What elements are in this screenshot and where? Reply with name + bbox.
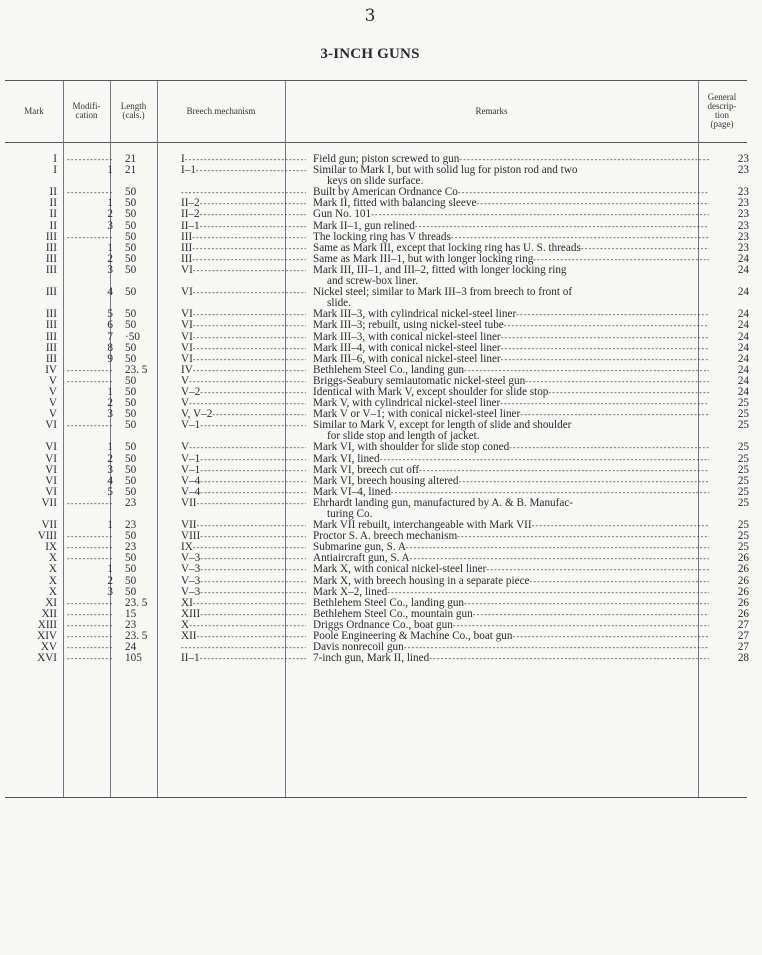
modification-empty (67, 642, 113, 653)
breech-cell (167, 187, 306, 198)
remarks-value-text: Mark II, fitted with balancing sleeve (313, 198, 476, 209)
breech-cell: II–2 (167, 198, 306, 209)
mark-cell: I (0, 154, 61, 165)
remarks-value: Ehrhardt landing gun, manufactured by A.… (313, 498, 709, 520)
breech-cell: V, V–2 (167, 409, 306, 420)
breech-value: II–1 (181, 221, 306, 232)
breech-value-text: II–1 (181, 221, 200, 232)
table-row: VII123VIIMark VII rebuilt, interchangeab… (0, 520, 762, 531)
breech-value (181, 187, 306, 198)
remarks-cell: Mark V, with cylindrical nickel-steel li… (306, 398, 709, 409)
table-row: III950VIMark III–6, with conical nickel-… (0, 354, 762, 365)
breech-value-text: III (181, 243, 192, 254)
breech-value-text: II–1 (181, 653, 200, 664)
table-row: II50Built by American Ordnance Co23 (0, 187, 762, 198)
remarks-cell: Mark II, fitted with balancing sleeve (306, 198, 709, 209)
mark-cell: VII (0, 498, 61, 520)
breech-value: V–4 (181, 487, 306, 498)
dot-leader (512, 631, 709, 642)
remarks-value-text: Mark VI, breech cut off (313, 465, 419, 476)
table-row: X150V–3Mark X, with conical nickel-steel… (0, 564, 762, 575)
dot-leader (67, 653, 113, 664)
remarks-cell: Bethlehem Steel Co., mountain gun (306, 609, 709, 620)
dot-leader (193, 598, 306, 609)
remarks-value-text: Mark VII rebuilt, interchangeable with M… (313, 520, 532, 531)
breech-value-text: II–2 (181, 209, 200, 220)
dot-leader (581, 243, 709, 254)
modification-cell: 2 (67, 576, 119, 587)
length-cell: ·50 (119, 332, 167, 343)
remarks-value: Mark III–3; rebuilt, using nickel-steel … (313, 320, 709, 331)
dot-leader (415, 221, 709, 232)
remarks-cell: Mark X–2, lined (306, 587, 709, 598)
table-row: III550VIMark III–3, with cylindrical nic… (0, 309, 762, 320)
table-row: VI50V–1Similar to Mark V, except for len… (0, 420, 762, 442)
breech-value-text: VI (181, 320, 193, 331)
dot-leader (67, 154, 113, 165)
remarks-value-text: Mark V, with cylindrical nickel-steel li… (313, 398, 500, 409)
breech-value-text: V–1 (181, 420, 200, 431)
page-cell: 24 (709, 320, 749, 331)
length-cell: 50 (119, 442, 167, 453)
dot-leader (200, 387, 306, 398)
modification-cell: 4 (67, 287, 119, 309)
dot-leader (200, 476, 306, 487)
dot-leader (200, 653, 306, 664)
breech-value-text: V–3 (181, 564, 200, 575)
header-length: Length (cals.) (110, 80, 157, 142)
modification-cell (67, 598, 119, 609)
page-cell: 28 (709, 653, 749, 664)
breech-value-text: V–4 (181, 476, 200, 487)
table-row: XII15XIIIBethlehem Steel Co., mountain g… (0, 609, 762, 620)
dot-leader (406, 542, 709, 553)
remarks-value-text: Bethlehem Steel Co., landing gun (313, 365, 464, 376)
page-title: 3-INCH GUNS (0, 46, 740, 63)
breech-value: V (181, 398, 306, 409)
dot-leader (200, 564, 306, 575)
dot-leader (200, 576, 306, 587)
remarks-value-text: Davis nonrecoil gun (313, 642, 404, 653)
modification-cell: 1 (67, 520, 119, 531)
remarks-value: Mark III–6, with conical nickel-steel li… (313, 354, 709, 365)
remarks-cell: Mark III–4, with conical nickel-steel li… (306, 343, 709, 354)
dot-leader (453, 620, 709, 631)
table-bottom-rule (5, 797, 747, 798)
remarks-value: Mark III–3, with conical nickel-steel li… (313, 332, 709, 343)
table-row: VI350V–1Mark VI, breech cut off25 (0, 465, 762, 476)
remarks-value: Similar to Mark I, but with solid lug fo… (313, 165, 709, 187)
remarks-value: Mark VI, lined (313, 454, 709, 465)
remarks-value: Bethlehem Steel Co., landing gun (313, 365, 709, 376)
dot-leader (504, 320, 709, 331)
breech-value: X (181, 620, 306, 631)
remarks-value: Driggs Ordnance Co., boat gun (313, 620, 709, 631)
dot-leader (500, 398, 709, 409)
remarks-cell: Mark VII rebuilt, interchangeable with M… (306, 520, 709, 531)
table-row: II350II–1Mark II–1, gun relined23 (0, 221, 762, 232)
header-general-description-page: General descrip- tion (page) (698, 80, 746, 142)
breech-value: V, V–2 (181, 409, 306, 420)
table-row: X350V–3Mark X–2, lined26 (0, 587, 762, 598)
remarks-cell: Proctor S. A. breech mechanism (306, 531, 709, 542)
remarks-cell: 7-inch gun, Mark II, lined (306, 653, 709, 664)
header-mark: Mark (5, 80, 63, 142)
remarks-value-text: Bethlehem Steel Co., landing gun (313, 598, 464, 609)
breech-value: V–1 (181, 454, 306, 465)
modification-cell: 3 (67, 265, 119, 287)
length-cell: 105 (119, 653, 167, 664)
breech-value-text: V–3 (181, 587, 200, 598)
remarks-cell: Similar to Mark V, except for length of … (306, 420, 709, 442)
breech-cell: II–1 (167, 653, 306, 664)
mark-cell: VI (0, 442, 61, 453)
remarks-value: Bethlehem Steel Co., landing gun (313, 598, 709, 609)
table-row: III850VIMark III–4, with conical nickel-… (0, 343, 762, 354)
breech-value: III (181, 232, 306, 243)
remarks-cell: Same as Mark III, except that locking ri… (306, 243, 709, 254)
breech-cell: III (167, 232, 306, 243)
dot-leader (67, 609, 113, 620)
table-row: IV23. 5IVBethlehem Steel Co., landing gu… (0, 365, 762, 376)
dot-leader (192, 254, 306, 265)
dot-leader (530, 576, 709, 587)
breech-cell: II–2 (167, 209, 306, 220)
remarks-cell: Poole Engineering & Machine Co., boat gu… (306, 631, 709, 642)
remarks-cell: Mark VI, with shoulder for slide stop co… (306, 442, 709, 453)
remarks-value: Identical with Mark V, except shoulder f… (313, 387, 709, 398)
remarks-value: Same as Mark III, except that locking ri… (313, 243, 709, 254)
dot-leader (380, 454, 709, 465)
remarks-continuation: turing Co. (313, 509, 709, 520)
remarks-cell: Mark III, III–1, and III–2, fitted with … (306, 265, 709, 287)
remarks-cell: Mark III–3, with cylindrical nickel-stee… (306, 309, 709, 320)
remarks-value-text: Mark III–3, with cylindrical nickel-stee… (313, 309, 516, 320)
modification-cell: 1 (67, 442, 119, 453)
length-cell: 50 (119, 420, 167, 442)
page-number: 3 (0, 6, 740, 26)
dot-leader (189, 376, 306, 387)
remarks-cell: Gun No. 101 (306, 209, 709, 220)
length-cell: 21 (119, 165, 167, 187)
modification-empty (67, 187, 113, 198)
breech-cell: VII (167, 520, 306, 531)
table-row: III450VINickel steel; similar to Mark II… (0, 287, 762, 309)
remarks-cell: Built by American Ordnance Co (306, 187, 709, 198)
breech-cell: V (167, 398, 306, 409)
dot-leader (451, 232, 709, 243)
remarks-cell: Bethlehem Steel Co., landing gun (306, 365, 709, 376)
modification-cell (67, 653, 119, 664)
table-row: X50V–3Antiaircraft gun, S. A26 (0, 553, 762, 564)
breech-cell: VI (167, 320, 306, 331)
table-row: V250VMark V, with cylindrical nickel-ste… (0, 398, 762, 409)
mark-cell: XVI (0, 653, 61, 664)
dot-leader (189, 398, 306, 409)
dot-leader (67, 376, 113, 387)
dot-leader (371, 209, 709, 220)
modification-empty (67, 376, 113, 387)
breech-cell: V–1 (167, 465, 306, 476)
remarks-value: Mark VI, breech cut off (313, 465, 709, 476)
dot-leader (193, 343, 306, 354)
dot-leader (193, 365, 306, 376)
breech-value: V–3 (181, 553, 306, 564)
dot-leader (532, 520, 709, 531)
breech-value-text: V–1 (181, 454, 200, 465)
breech-cell: V–3 (167, 576, 306, 587)
breech-cell: IX (167, 542, 306, 553)
modification-cell (67, 531, 119, 542)
modification-empty (67, 620, 113, 631)
breech-value: XII (181, 631, 306, 642)
remarks-value: Mark V, with cylindrical nickel-steel li… (313, 398, 709, 409)
remarks-value-text: Built by American Ordnance Co (313, 187, 458, 198)
remarks-value-text: Submarine gun, S. A (313, 542, 406, 553)
mark-cell: VI (0, 420, 61, 442)
breech-cell: V (167, 376, 306, 387)
breech-value: V–3 (181, 564, 306, 575)
header-modification: Modifi- cation (63, 80, 110, 142)
dot-leader (200, 587, 306, 598)
dot-leader (193, 542, 306, 553)
breech-value-text: V (181, 398, 189, 409)
breech-cell: VI (167, 287, 306, 309)
modification-cell: 3 (67, 409, 119, 420)
remarks-value-text: Same as Mark III, except that locking ri… (313, 243, 581, 254)
dot-leader (197, 520, 306, 531)
remarks-value: Mark III, III–1, and III–2, fitted with … (313, 265, 709, 287)
page-cell: 23 (709, 221, 749, 232)
remarks-value-text: Mark X, with breech housing in a separat… (313, 576, 530, 587)
modification-cell: 5 (67, 487, 119, 498)
remarks-value: Gun No. 101 (313, 209, 709, 220)
length-cell: 23 (119, 498, 167, 520)
remarks-value: Davis nonrecoil gun (313, 642, 709, 653)
breech-value-text: VI (181, 287, 193, 298)
mark-cell: VI (0, 454, 61, 465)
table-row: XIV23. 5XIIPoole Engineering & Machine C… (0, 631, 762, 642)
remarks-cell: Nickel steel; similar to Mark III–3 from… (306, 287, 709, 309)
breech-value: V–3 (181, 587, 306, 598)
modification-cell: 2 (67, 454, 119, 465)
dot-leader (200, 553, 306, 564)
modification-cell (67, 420, 119, 442)
remarks-cell: Mark X, with conical nickel-steel liner (306, 564, 709, 575)
breech-cell: V–3 (167, 553, 306, 564)
breech-cell: I–1 (167, 165, 306, 187)
remarks-cell: Mark VI, breech housing altered (306, 476, 709, 487)
length-cell: 50 (119, 265, 167, 287)
breech-value: I–1 (181, 165, 306, 176)
remarks-cell: Identical with Mark V, except shoulder f… (306, 387, 709, 398)
dot-leader (193, 309, 306, 320)
breech-value: V–1 (181, 420, 306, 431)
page-cell: 23 (709, 165, 749, 187)
breech-value-text: VII (181, 520, 197, 531)
dot-leader (67, 542, 113, 553)
length-cell: 50 (119, 564, 167, 575)
remarks-cell: Mark II–1, gun relined (306, 221, 709, 232)
dot-leader (548, 387, 709, 398)
modification-cell (67, 609, 119, 620)
remarks-cell: Mark X, with breech housing in a separat… (306, 576, 709, 587)
mark-cell: I (0, 165, 61, 187)
table-row: III350VIMark III, III–1, and III–2, fitt… (0, 265, 762, 287)
dot-leader (200, 487, 306, 498)
remarks-value: Mark VII rebuilt, interchangeable with M… (313, 520, 709, 531)
breech-value: VI (181, 309, 306, 320)
remarks-value: Mark III–4, with conical nickel-steel li… (313, 343, 709, 354)
page-cell: 26 (709, 576, 749, 587)
remarks-value-text: Antiaircraft gun, S. A (313, 553, 410, 564)
modification-cell (67, 498, 119, 520)
remarks-cell: Mark VI, breech cut off (306, 465, 709, 476)
modification-empty (67, 531, 113, 542)
modification-empty (67, 154, 113, 165)
page-cell: 25 (709, 498, 749, 520)
dot-leader (67, 553, 113, 564)
page-cell: 23 (709, 209, 749, 220)
table-row: XI23. 5XIBethlehem Steel Co., landing gu… (0, 598, 762, 609)
remarks-value: Mark II–1, gun relined (313, 221, 709, 232)
dot-leader (200, 198, 306, 209)
remarks-value-text: 7-inch gun, Mark II, lined (313, 653, 429, 664)
breech-value-text: V (181, 376, 189, 387)
remarks-cell: Ehrhardt landing gun, manufactured by A.… (306, 498, 709, 520)
remarks-value-text: Mark VI, lined (313, 454, 380, 465)
breech-cell: XII (167, 631, 306, 642)
mark-cell: III (0, 287, 61, 309)
remarks-value-text: Mark III–6, with conical nickel-steel li… (313, 354, 501, 365)
dot-leader (200, 609, 306, 620)
remarks-cell: Similar to Mark I, but with solid lug fo… (306, 165, 709, 187)
page-cell: 24 (709, 265, 749, 287)
table-row: III650VIMark III–3; rebuilt, using nicke… (0, 320, 762, 331)
length-cell: 50 (119, 320, 167, 331)
remarks-value-text: Mark II–1, gun relined (313, 221, 415, 232)
breech-cell: X (167, 620, 306, 631)
dot-leader (193, 287, 306, 298)
remarks-value: Submarine gun, S. A (313, 542, 709, 553)
mark-cell: X (0, 576, 61, 587)
table-row: III50IIIThe locking ring has V threads23 (0, 232, 762, 243)
remarks-value: Mark X, with conical nickel-steel liner (313, 564, 709, 575)
modification-cell: 7 (67, 332, 119, 343)
breech-value: V (181, 376, 306, 387)
modification-empty (67, 542, 113, 553)
modification-cell: 3 (67, 221, 119, 232)
remarks-value-text: Mark III–3, with conical nickel-steel li… (313, 332, 501, 343)
breech-value-text: XIII (181, 609, 200, 620)
breech-value-text: I–1 (181, 165, 196, 176)
breech-value: VII (181, 520, 306, 531)
dot-leader (189, 442, 306, 453)
length-cell: 50 (119, 287, 167, 309)
modification-empty (67, 598, 113, 609)
length-cell: 50 (119, 221, 167, 232)
length-cell: 50 (119, 209, 167, 220)
modification-cell: 2 (67, 209, 119, 220)
page-cell: 24 (709, 332, 749, 343)
modification-cell: 1 (67, 165, 119, 187)
breech-value-text: X (181, 620, 189, 631)
table-row: V150V–2Identical with Mark V, except sho… (0, 387, 762, 398)
dot-leader (200, 531, 306, 542)
dot-leader (200, 221, 306, 232)
table-row: XV24Davis nonrecoil gun27 (0, 642, 762, 653)
modification-cell: 6 (67, 320, 119, 331)
remarks-value-text: Briggs-Seabury semiautomatic nickel-stee… (313, 376, 525, 387)
breech-value: I (181, 154, 306, 165)
dot-leader (67, 420, 113, 431)
dot-leader (67, 531, 113, 542)
page-cell: 25 (709, 442, 749, 453)
breech-value-text: V–3 (181, 553, 200, 564)
table-row: XVI105II–17-inch gun, Mark II, lined28 (0, 653, 762, 664)
remarks-cell: Mark VI, lined (306, 454, 709, 465)
remarks-value: Similar to Mark V, except for length of … (313, 420, 709, 442)
dot-leader (476, 198, 709, 209)
table-row: VII23VIIEhrhardt landing gun, manufactur… (0, 498, 762, 520)
breech-cell: V–4 (167, 476, 306, 487)
breech-value: II–1 (181, 653, 306, 664)
dot-leader (464, 365, 709, 376)
remarks-value: Mark X, with breech housing in a separat… (313, 576, 709, 587)
breech-value: V–4 (181, 476, 306, 487)
dot-leader (459, 476, 710, 487)
remarks-value: Built by American Ordnance Co (313, 187, 709, 198)
table-row: III7·50VIMark III–3, with conical nickel… (0, 332, 762, 343)
dot-leader (67, 232, 113, 243)
breech-value: V (181, 442, 306, 453)
remarks-cell: Antiaircraft gun, S. A (306, 553, 709, 564)
mark-cell: X (0, 564, 61, 575)
remarks-value: Nickel steel; similar to Mark III–3 from… (313, 287, 709, 309)
breech-value-text: V (181, 442, 189, 453)
breech-value: II–2 (181, 198, 306, 209)
table-row: IX23IXSubmarine gun, S. A25 (0, 542, 762, 553)
breech-cell: V–3 (167, 564, 306, 575)
dot-leader (67, 598, 113, 609)
page-cell: 25 (709, 420, 749, 442)
dot-leader (67, 187, 113, 198)
breech-value-text: V–1 (181, 465, 200, 476)
modification-cell (67, 642, 119, 653)
table-row: X250V–3Mark X, with breech housing in a … (0, 576, 762, 587)
breech-value-text: VI (181, 354, 193, 365)
remarks-cell: Mark III–6, with conical nickel-steel li… (306, 354, 709, 365)
dot-leader (410, 553, 709, 564)
dot-leader (192, 232, 306, 243)
page-cell: 25 (709, 454, 749, 465)
remarks-value: Mark X–2, lined (313, 587, 709, 598)
mark-cell: III (0, 332, 61, 343)
modification-empty (67, 609, 113, 620)
dot-leader (501, 332, 709, 343)
dot-leader (67, 498, 113, 509)
breech-value: VI (181, 343, 306, 354)
breech-cell: V–1 (167, 454, 306, 465)
breech-cell: VI (167, 332, 306, 343)
remarks-value: The locking ring has V threads (313, 232, 709, 243)
page-cell: 26 (709, 564, 749, 575)
dot-leader (404, 642, 709, 653)
remarks-cell: Mark III–3, with conical nickel-steel li… (306, 332, 709, 343)
length-cell: 50 (119, 454, 167, 465)
table-row: II250II–2Gun No. 10123 (0, 209, 762, 220)
remarks-value-text: Mark VI, breech housing altered (313, 476, 459, 487)
